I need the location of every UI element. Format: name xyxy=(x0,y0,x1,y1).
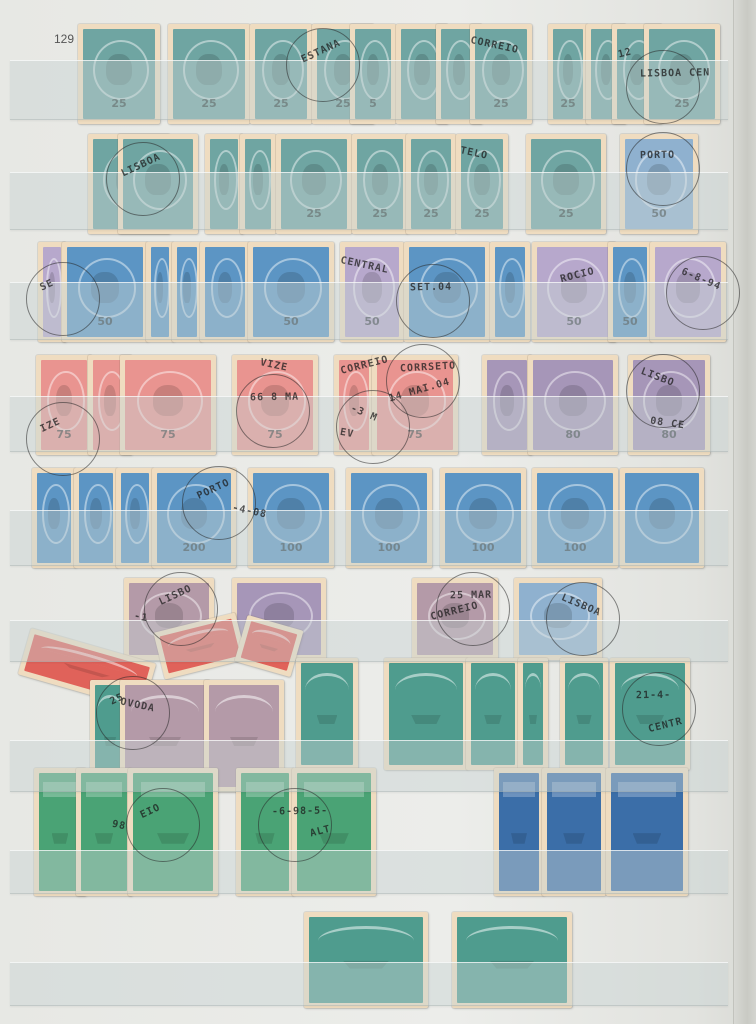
stamp-denomination: 80 xyxy=(533,428,613,441)
king-portrait xyxy=(145,164,170,195)
stamp-inscription-banner xyxy=(475,673,512,690)
king-portrait xyxy=(563,54,574,85)
stamp-inscription-banner xyxy=(618,782,676,796)
stamp-design xyxy=(655,247,721,337)
ship-vignette xyxy=(104,716,116,747)
postmark-text: EV xyxy=(339,427,355,440)
stamp-design xyxy=(487,360,527,450)
stamp-design: 25 xyxy=(531,139,601,229)
stamp-design: 25 xyxy=(553,29,583,119)
king-portrait xyxy=(372,164,389,195)
stamp xyxy=(518,658,548,770)
ship-vignette xyxy=(490,943,534,969)
stamp: 75 xyxy=(36,355,92,455)
stamp-denomination: 25 xyxy=(649,97,715,110)
stamp: 25 xyxy=(548,24,588,124)
postmark-text: SET.04 xyxy=(410,282,452,294)
king-portrait xyxy=(153,385,184,416)
king-portrait xyxy=(56,385,73,416)
stamp-design: 75 xyxy=(41,360,87,450)
stamp-design: 50 xyxy=(67,247,143,337)
stamp-inscription-banner xyxy=(86,782,123,796)
ship-vignette xyxy=(230,716,258,747)
stamp-denomination: 50 xyxy=(625,207,693,220)
stamp: 25 xyxy=(250,24,312,124)
stamp xyxy=(116,468,154,568)
stamp-inscription-banner xyxy=(621,673,680,690)
stockbook-page: 129 252525255252525252525252525505050505… xyxy=(0,0,756,1024)
stamp-design xyxy=(241,773,289,891)
ship-vignette xyxy=(484,694,502,725)
king-portrait xyxy=(367,54,380,85)
stamp-denomination: 50 xyxy=(613,315,647,328)
stamp xyxy=(32,468,76,568)
king-portrait xyxy=(500,385,514,416)
stamp-denomination: 100 xyxy=(445,541,521,554)
stamp-design xyxy=(625,473,699,563)
king-portrait xyxy=(492,54,511,85)
stamp xyxy=(610,658,690,770)
stamp-denomination: 50 xyxy=(537,315,611,328)
king-portrait xyxy=(453,54,466,85)
king-portrait xyxy=(474,164,489,195)
stamp-denomination: 25 xyxy=(553,97,583,110)
postmark-text: LISBOA CEN xyxy=(640,67,710,79)
stamp: 5 xyxy=(350,24,396,124)
stamp-design xyxy=(79,473,113,563)
king-portrait xyxy=(253,164,262,195)
ship-vignette xyxy=(317,694,338,725)
ship-vignette xyxy=(411,694,441,725)
king-portrait xyxy=(302,164,326,195)
stamp-inscription-banner xyxy=(141,782,205,796)
stamp xyxy=(74,468,118,568)
postmark-text: -6-98-5- xyxy=(272,806,328,818)
king-portrait xyxy=(544,603,572,627)
king-portrait xyxy=(196,54,222,85)
stamp xyxy=(514,578,602,660)
ship-vignette xyxy=(529,694,537,725)
stamp-denomination: 5 xyxy=(355,97,391,110)
stamp-denomination: 100 xyxy=(351,541,427,554)
king-portrait xyxy=(155,603,184,627)
stamp: 25 xyxy=(352,134,408,234)
stamp-design xyxy=(177,247,197,337)
stamp-design xyxy=(39,773,81,891)
stamp-denomination: 25 xyxy=(255,97,307,110)
stamp-design xyxy=(297,773,371,891)
stamp xyxy=(128,768,218,896)
king-portrait xyxy=(91,272,118,303)
king-portrait xyxy=(272,54,291,85)
postmark-text: 66 8 MA xyxy=(250,392,299,404)
stamp xyxy=(240,134,276,234)
king-portrait xyxy=(48,498,60,529)
stamp-denomination: 25 xyxy=(461,207,503,220)
postmark-text: PORTO xyxy=(640,150,675,162)
stamp xyxy=(296,658,358,770)
ship-vignette xyxy=(52,808,69,843)
king-portrait xyxy=(277,272,304,303)
stamp-design xyxy=(245,139,271,229)
stamp-design xyxy=(611,773,683,891)
king-portrait xyxy=(183,272,190,303)
stamp-inscription-banner xyxy=(215,695,274,712)
stamp-denomination: 75 xyxy=(237,428,313,441)
stamp-denomination: 100 xyxy=(253,541,329,554)
stamp xyxy=(304,912,428,1008)
stamp: 25 xyxy=(168,24,250,124)
stamp-design xyxy=(121,473,149,563)
stamp-design: 100 xyxy=(445,473,521,563)
stamp-design: 50 xyxy=(253,247,329,337)
postmark-text: 25 MAR xyxy=(450,590,492,602)
stamp xyxy=(118,134,198,234)
stamp-inscription-banner xyxy=(466,926,558,941)
stamp-inscription-banner xyxy=(395,673,457,690)
stamp-inscription-banner xyxy=(525,673,542,690)
stamp xyxy=(384,658,468,770)
stamp-inscription-banner xyxy=(503,782,535,796)
stamp: 25 xyxy=(78,24,160,124)
stamp-denomination: 50 xyxy=(253,315,329,328)
stamp-denomination: 25 xyxy=(411,207,451,220)
stamp-design xyxy=(81,773,127,891)
stamp-design xyxy=(471,663,515,765)
stamp: 25 xyxy=(526,134,606,234)
stamp-design: 25 xyxy=(255,29,307,119)
stamp-denomination: 25 xyxy=(83,97,155,110)
stamp-design xyxy=(309,917,423,1003)
stamp-inscription-banner xyxy=(252,626,293,645)
king-portrait xyxy=(181,498,208,529)
stamp-design xyxy=(499,773,539,891)
stamp-inscription-banner xyxy=(43,782,77,796)
stamp-inscription-banner xyxy=(552,782,595,796)
stamp-denomination: 80 xyxy=(633,428,705,441)
stamp-design xyxy=(495,247,525,337)
stamp-inscription-banner xyxy=(305,673,349,690)
stamp-inscription-banner xyxy=(568,673,600,690)
stamp xyxy=(205,134,243,234)
king-portrait xyxy=(362,272,381,303)
stamp-denomination: 75 xyxy=(125,428,211,441)
stamp: 100 xyxy=(346,468,432,568)
king-portrait xyxy=(277,498,304,529)
king-portrait xyxy=(414,54,429,85)
ship-vignette xyxy=(343,943,389,969)
ship-vignette xyxy=(95,808,113,843)
stamp xyxy=(494,768,544,896)
stamp: 80 xyxy=(528,355,618,455)
pencil-annotation: 129 xyxy=(54,32,74,46)
king-portrait xyxy=(656,385,682,416)
stamp-design xyxy=(547,773,601,891)
stamp xyxy=(650,242,726,342)
stamp: 50 xyxy=(532,242,616,342)
stamp xyxy=(620,468,704,568)
stamp: 50 xyxy=(62,242,148,342)
album-spine xyxy=(733,0,756,1024)
stamp: 25 xyxy=(276,134,352,234)
postmark-text: 21-4- xyxy=(636,690,671,702)
king-portrait xyxy=(104,385,116,416)
stamp-design: 50 xyxy=(613,247,647,337)
stamp: 100 xyxy=(532,468,618,568)
stamp xyxy=(172,242,202,342)
stamp xyxy=(452,912,572,1008)
stamp-denomination: 25 xyxy=(531,207,601,220)
stamp-denomination: 100 xyxy=(537,541,613,554)
stamp-design: 75 xyxy=(237,360,313,450)
stamp-design xyxy=(241,621,298,671)
stamp-design xyxy=(523,663,543,765)
stamp: 100 xyxy=(440,468,526,568)
stamp-denomination: 25 xyxy=(281,207,347,220)
ship-vignette xyxy=(149,716,181,747)
stamp xyxy=(200,242,250,342)
king-portrait xyxy=(505,272,516,303)
stamp xyxy=(466,658,520,770)
stamp-design: 80 xyxy=(533,360,613,450)
stamp xyxy=(146,242,174,342)
king-portrait xyxy=(649,498,676,529)
stamp xyxy=(542,768,606,896)
stamp-design xyxy=(37,473,71,563)
stamp xyxy=(482,355,532,455)
king-portrait xyxy=(601,54,612,85)
king-portrait xyxy=(561,498,588,529)
stamp-design: 25 xyxy=(281,139,347,229)
stamp-inscription-banner xyxy=(166,624,228,647)
stamp-design xyxy=(133,773,213,891)
stamp xyxy=(236,768,294,896)
stamp-denomination: 50 xyxy=(67,315,143,328)
stamp: 75 xyxy=(120,355,216,455)
stamp-design xyxy=(151,247,169,337)
stamp-design: 25 xyxy=(411,139,451,229)
king-portrait xyxy=(624,272,636,303)
king-portrait xyxy=(90,498,102,529)
king-portrait xyxy=(130,498,140,529)
stamp-design: 25 xyxy=(173,29,245,119)
stamp xyxy=(490,242,530,342)
stamp-design: 100 xyxy=(351,473,427,563)
stamp-inscription-banner xyxy=(246,782,284,796)
king-portrait xyxy=(647,164,671,195)
king-portrait xyxy=(559,385,588,416)
stamp-design xyxy=(457,917,567,1003)
stamp-inscription-banner xyxy=(304,782,363,796)
ship-vignette xyxy=(157,808,189,843)
stamp-design: 5 xyxy=(355,29,391,119)
king-portrait xyxy=(424,164,438,195)
king-portrait xyxy=(375,498,402,529)
stamp xyxy=(292,768,376,896)
stamp-denomination: 200 xyxy=(157,541,231,554)
ship-vignette xyxy=(511,808,527,843)
stamp-denomination: 25 xyxy=(475,97,527,110)
stamp-denomination: 25 xyxy=(357,207,403,220)
king-portrait xyxy=(218,272,232,303)
king-portrait xyxy=(469,498,496,529)
stamp-denomination: 50 xyxy=(345,315,399,328)
stamp-design xyxy=(615,663,685,765)
ship-vignette xyxy=(633,808,662,843)
stamp-design xyxy=(301,663,353,765)
stamp-design xyxy=(389,663,463,765)
ship-vignette xyxy=(563,808,585,843)
stamp: 50 xyxy=(608,242,652,342)
ship-vignette xyxy=(576,694,591,725)
stamp-denomination: 75 xyxy=(377,428,453,441)
stamp-denomination: 25 xyxy=(173,97,245,110)
stamp-design: 75 xyxy=(125,360,211,450)
stamp-design: 100 xyxy=(537,473,613,563)
stamp-design xyxy=(519,583,597,655)
stamp-design: 25 xyxy=(83,29,155,119)
stamp xyxy=(560,658,608,770)
stamp xyxy=(606,768,688,896)
stamp-design xyxy=(565,663,603,765)
stamp-design xyxy=(210,139,238,229)
king-portrait xyxy=(157,272,163,303)
stamp-design: 25 xyxy=(357,139,403,229)
king-portrait xyxy=(106,54,132,85)
king-portrait xyxy=(553,164,578,195)
stamp-design: 50 xyxy=(537,247,611,337)
stamp: 50 xyxy=(248,242,334,342)
stamp-inscription-banner xyxy=(318,926,414,941)
stamp-design xyxy=(205,247,245,337)
king-portrait xyxy=(219,164,229,195)
stamp: 25 xyxy=(406,134,456,234)
